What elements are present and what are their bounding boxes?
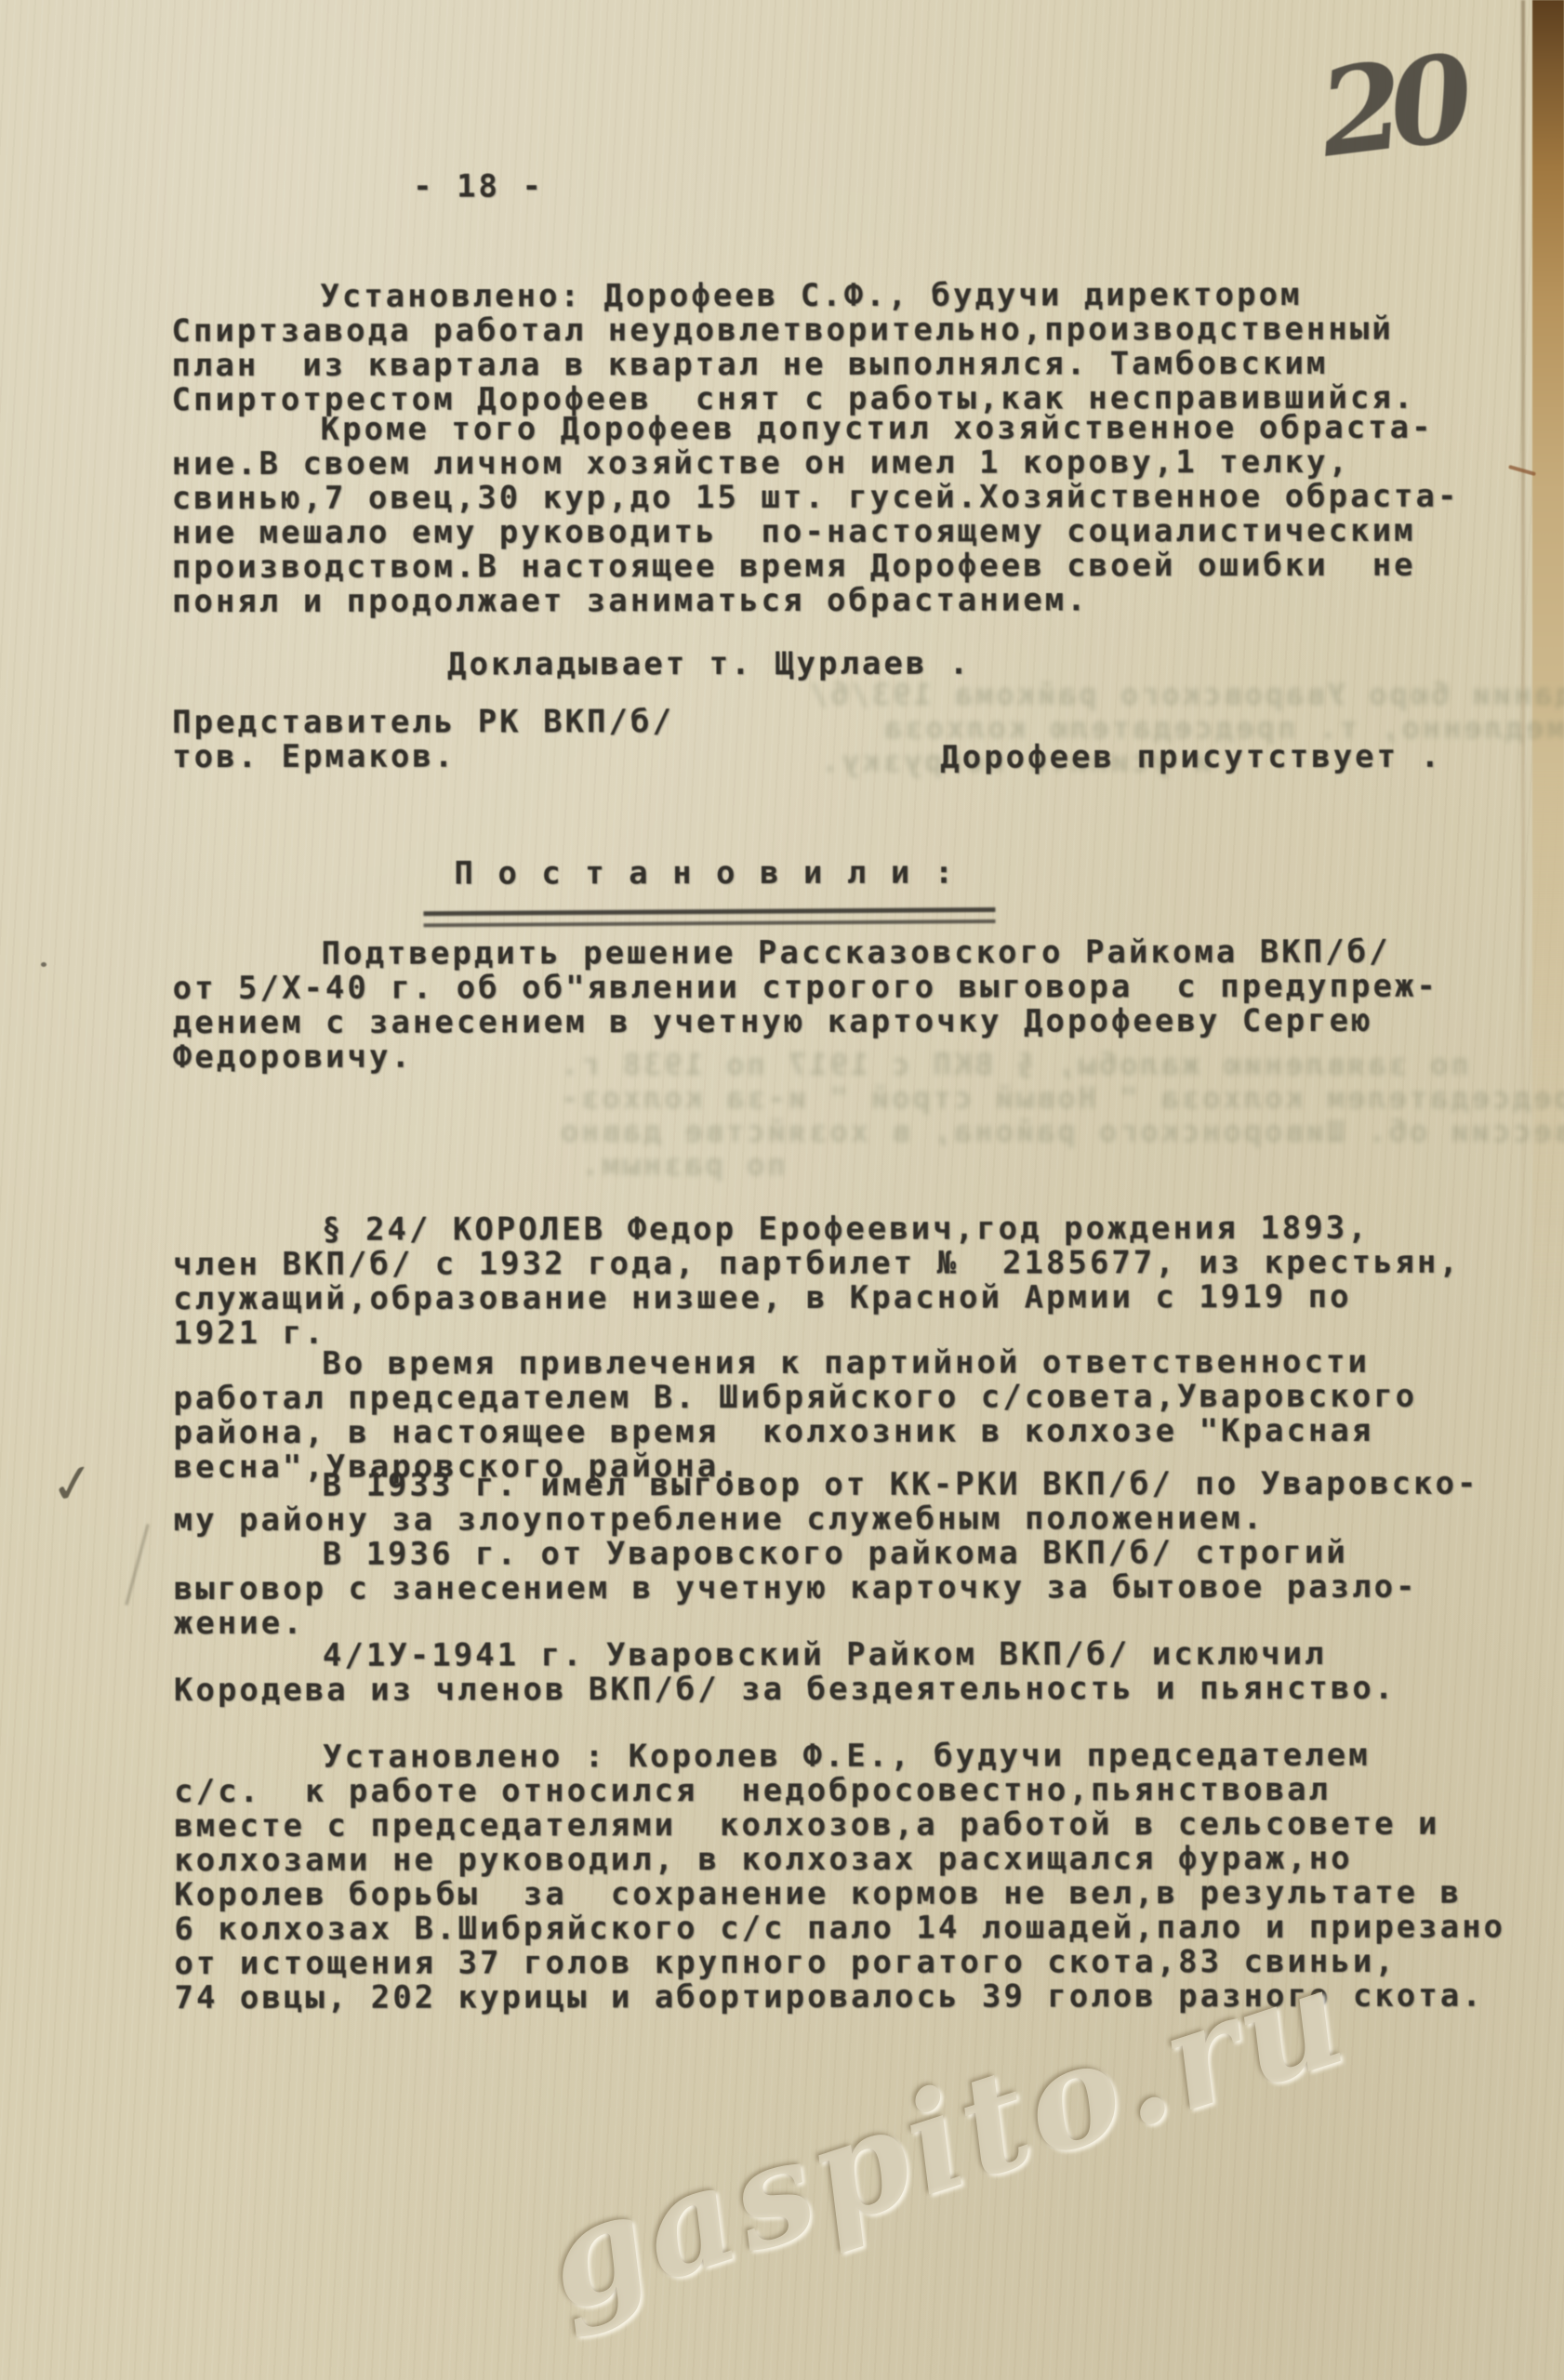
text-line: 4/1У-1941 г. Уваровский Райком ВКП/б/ ис…	[174, 1637, 1396, 1673]
heading-double-underline	[423, 907, 995, 927]
document-page: на заседании бюро Уваровского райкома 19…	[0, 0, 1564, 2380]
text-line: В 1933 г. имел выговор от КК-РКИ ВКП/б/ …	[174, 1467, 1479, 1503]
paragraph-korolev-intro: § 24/ КОРОЛЕВ Федор Ерофеевич,год рожден…	[173, 1211, 1461, 1351]
text-line: П о с т а н о в и л и :	[454, 856, 956, 892]
text-line: ние мешало ему руководить по-настоящему …	[172, 514, 1460, 550]
paragraph-ustanovleno-dorofeev: Установлено: Дорофеев С.Ф., будучи дирек…	[171, 278, 1415, 417]
line-dorofeev-prisutstvuet: Дорофеев присутствует .	[940, 740, 1442, 775]
text-line: работал председателем В. Шибряйского с/с…	[173, 1380, 1417, 1416]
paragraph-podtverdit: Подтвердить решение Рассказовского Райко…	[173, 935, 1439, 1075]
line-dokladyvaet: Докладывает т. Щурлаев .	[447, 647, 971, 682]
text-line: Подтвердить решение Рассказовского Райко…	[173, 935, 1438, 972]
text-line: ние.В своем личном хозяйстве он имел 1 к…	[172, 445, 1460, 482]
text-line: член ВКП/б/ с 1932 года, партбилет № 218…	[173, 1246, 1461, 1282]
text-line: тов. Ермаков.	[172, 739, 674, 774]
text-line: Во время привлечения к партийной ответст…	[173, 1345, 1417, 1382]
text-line: вместе с председателями колхозов,а работ…	[174, 1807, 1505, 1844]
text-line: Установлено: Дорофеев С.Ф., будучи дирек…	[171, 278, 1415, 314]
text-line: Дорофеев присутствует .	[940, 740, 1442, 775]
text-line: Установлено : Королев Ф.Е., будучи предс…	[174, 1739, 1505, 1775]
text-line: Федоровичу.	[173, 1038, 1438, 1075]
text-line: выговор с занесением в учетную карточку …	[174, 1570, 1418, 1606]
text-line: от 5/Х-40 г. об об"явлении строгого выго…	[173, 970, 1438, 1006]
text-line: му району за злоупотребление служебным п…	[174, 1501, 1479, 1538]
paragraph-1936: В 1936 г. от Уваровского райкома ВКП/б/ …	[174, 1536, 1418, 1641]
paragraph-1941: 4/1У-1941 г. Уваровский Райком ВКП/б/ ис…	[174, 1637, 1396, 1708]
text-line: понял и продолжает заниматься обрастание…	[172, 583, 1460, 619]
margin-checkmark: ✓	[46, 1449, 100, 1518]
text-line: Спиртзавода работал неудовлетворительно,…	[171, 312, 1415, 349]
text-line: дением с занесением в учетную карточку Д…	[173, 1004, 1438, 1040]
text-line: Кородева из членов ВКП/б/ за бездеятельн…	[174, 1672, 1396, 1708]
paragraph-obrastanie: Кроме того Дорофеев допустил хозяйственн…	[172, 411, 1460, 619]
text-line: служащий,образование низшее, в Красной А…	[173, 1280, 1461, 1316]
text-line: с/с. к работе относился недобросовестно,…	[174, 1773, 1505, 1809]
block-predstavitel: Представитель РК ВКП/б/тов. Ермаков.	[172, 705, 674, 774]
text-line: § 24/ КОРОЛЕВ Федор Ерофеевич,год рожден…	[173, 1211, 1461, 1248]
text-line: В 1936 г. от Уваровского райкома ВКП/б/ …	[174, 1536, 1418, 1572]
text-line: производством.В настоящее время Дорофеев…	[172, 549, 1460, 585]
text-line: свинью,7 овец,30 кур,до 15 шт. гусей.Хоз…	[172, 480, 1460, 516]
handwritten-page-number: 20	[1312, 29, 1467, 184]
paragraph-1933: В 1933 г. имел выговор от КК-РКИ ВКП/б/ …	[174, 1467, 1479, 1538]
text-line: района, в настоящее время колхозник в ко…	[173, 1414, 1417, 1450]
page-number: - 18 -	[413, 169, 544, 204]
paragraph-vo-vremya: Во время привлечения к партийной ответст…	[173, 1345, 1417, 1485]
text-line: Представитель РК ВКП/б/	[172, 705, 674, 740]
text-line: Королев борьбы за сохранение кормов не в…	[174, 1876, 1505, 1912]
heading-postanovili: П о с т а н о в и л и :	[454, 856, 956, 892]
text-line: план из квартала в квартал не выполнялся…	[171, 347, 1415, 383]
text-line: Докладывает т. Щурлаев .	[447, 647, 971, 682]
text-line: Кроме того Дорофеев допустил хозяйственн…	[172, 411, 1460, 447]
ink-speck	[41, 962, 46, 967]
text-line: колхозами не руководил, в колхозах расхи…	[174, 1842, 1505, 1878]
